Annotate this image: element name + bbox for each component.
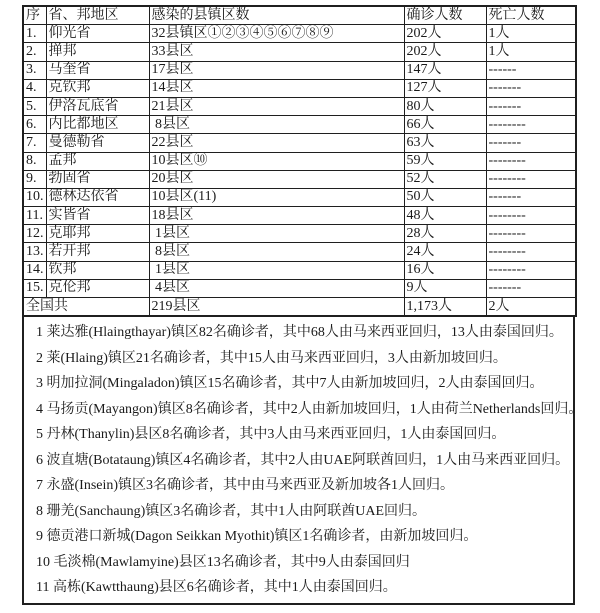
table-row: 6. 内比都地区 8县区 66人 -------- xyxy=(23,116,576,134)
note-line: 8 珊羌(Sanchaung)镇区3名确诊者，其中1人由阿联酋UAE回归。 xyxy=(24,499,573,525)
cell-confirmed: 202人 xyxy=(404,25,486,43)
cell-districts: 33县区 xyxy=(149,43,404,61)
cell-no: 8. xyxy=(23,152,46,170)
cell-region: 实皆省 xyxy=(46,207,149,225)
cell-deaths: -------- xyxy=(486,261,576,279)
total-deaths-cell: 2人 xyxy=(486,298,576,317)
cell-confirmed: 66人 xyxy=(404,116,486,134)
cell-districts: 1县区 xyxy=(149,225,404,243)
cell-region: 克伦邦 xyxy=(46,279,149,297)
cell-region: 德林达依省 xyxy=(46,188,149,206)
cell-districts: 4县区 xyxy=(149,279,404,297)
total-confirmed-cell: 1,173人 xyxy=(404,298,486,317)
cell-no: 4. xyxy=(23,79,46,97)
cell-confirmed: 127人 xyxy=(404,79,486,97)
table-row: 9. 勃固省 20县区 52人 -------- xyxy=(23,170,576,188)
cell-deaths: ------ xyxy=(486,61,576,79)
cell-region: 钦邦 xyxy=(46,261,149,279)
cell-deaths: -------- xyxy=(486,225,576,243)
cell-region: 马奎省 xyxy=(46,61,149,79)
cell-deaths: ------- xyxy=(486,79,576,97)
table-row: 12. 克耶邦 1县区 28人 -------- xyxy=(23,225,576,243)
cell-confirmed: 147人 xyxy=(404,61,486,79)
cell-region: 曼德勒省 xyxy=(46,134,149,152)
cell-region: 孟邦 xyxy=(46,152,149,170)
note-line: 7 永盛(Insein)镇区3名确诊者，其中由马来西亚及新加坡各1人回归。 xyxy=(24,473,573,499)
cell-region: 内比都地区 xyxy=(46,116,149,134)
cell-confirmed: 52人 xyxy=(404,170,486,188)
cell-no: 13. xyxy=(23,243,46,261)
total-row: 全国共 219县区 1,173人 2人 xyxy=(23,298,576,317)
table-row: 2. 掸邦 33县区 202人 1人 xyxy=(23,43,576,61)
cell-districts: 14县区 xyxy=(149,79,404,97)
col-header-no: 序 xyxy=(23,6,46,25)
cell-districts: 20县区 xyxy=(149,170,404,188)
table-row: 3. 马奎省 17县区 147人 ------ xyxy=(23,61,576,79)
cell-deaths: ------- xyxy=(486,279,576,297)
cell-deaths: ------- xyxy=(486,97,576,115)
cell-confirmed: 59人 xyxy=(404,152,486,170)
cell-no: 14. xyxy=(23,261,46,279)
cell-no: 5. xyxy=(23,97,46,115)
total-label-cell: 全国共 xyxy=(23,298,149,317)
cell-districts: 18县区 xyxy=(149,207,404,225)
cell-no: 6. xyxy=(23,116,46,134)
note-line: 4 马扬贡(Mayangon)镇区8名确诊者，其中2人由新加坡回归，1人由荷兰N… xyxy=(24,397,573,423)
col-header-deaths: 死亡人数 xyxy=(486,6,576,25)
note-line: 11 高栋(Kawtthaung)县区6名确诊者，其中1人由泰国回归。 xyxy=(24,575,573,601)
cell-region: 克钦邦 xyxy=(46,79,149,97)
cell-deaths: -------- xyxy=(486,243,576,261)
cell-confirmed: 63人 xyxy=(404,134,486,152)
cell-no: 1. xyxy=(23,25,46,43)
cell-districts: 8县区 xyxy=(149,116,404,134)
total-districts-cell: 219县区 xyxy=(149,298,404,317)
col-header-districts: 感染的县镇区数 xyxy=(149,6,404,25)
table-row: 14. 钦邦 1县区 16人 -------- xyxy=(23,261,576,279)
cell-districts: 22县区 xyxy=(149,134,404,152)
cell-confirmed: 16人 xyxy=(404,261,486,279)
cell-districts: 10县区(11) xyxy=(149,188,404,206)
cell-deaths: -------- xyxy=(486,170,576,188)
table-row: 10. 德林达依省 10县区(11) 50人 ------- xyxy=(23,188,576,206)
cell-no: 10. xyxy=(23,188,46,206)
note-line: 9 德贡港口新城(Dagon Seikkan Myothit)镇区1名确诊者，由… xyxy=(24,524,573,550)
note-line: 6 波直塘(Botataung)镇区4名确诊者，其中2人由UAE阿联酋回归，1人… xyxy=(24,448,573,474)
cell-no: 9. xyxy=(23,170,46,188)
table-row: 8. 孟邦 10县区⑩ 59人 -------- xyxy=(23,152,576,170)
cell-confirmed: 50人 xyxy=(404,188,486,206)
region-table: 序 省、邦地区 感染的县镇区数 确诊人数 死亡人数 1. 仰光省 32县镇区①②… xyxy=(22,5,577,317)
cell-region: 伊洛瓦底省 xyxy=(46,97,149,115)
cell-deaths: -------- xyxy=(486,207,576,225)
cell-districts: 17县区 xyxy=(149,61,404,79)
cell-confirmed: 202人 xyxy=(404,43,486,61)
cell-confirmed: 48人 xyxy=(404,207,486,225)
table-row: 15. 克伦邦 4县区 9人 ------- xyxy=(23,279,576,297)
cell-districts: 32县镇区①②③④⑤⑥⑦⑧⑨ xyxy=(149,25,404,43)
note-line: 1 莱达雅(Hlaingthayar)镇区82名确诊者，其中68人由马来西亚回归… xyxy=(24,320,573,346)
cell-no: 2. xyxy=(23,43,46,61)
col-header-region: 省、邦地区 xyxy=(46,6,149,25)
table-row: 13. 若开邦 8县区 24人 -------- xyxy=(23,243,576,261)
table-row: 11. 实皆省 18县区 48人 -------- xyxy=(23,207,576,225)
table-row: 7. 曼德勒省 22县区 63人 ------- xyxy=(23,134,576,152)
document-sheet: 序 省、邦地区 感染的县镇区数 确诊人数 死亡人数 1. 仰光省 32县镇区①②… xyxy=(0,0,600,605)
note-line: 5 丹林(Thanylin)县区8名确诊者，其中3人由马来西亚回归，1人由泰国回… xyxy=(24,422,573,448)
cell-region: 勃固省 xyxy=(46,170,149,188)
header-row: 序 省、邦地区 感染的县镇区数 确诊人数 死亡人数 xyxy=(23,6,576,25)
note-line: 3 明加拉洞(Mingaladon)镇区15名确诊者，其中7人由新加坡回归，2人… xyxy=(24,371,573,397)
cell-no: 11. xyxy=(23,207,46,225)
cell-districts: 21县区 xyxy=(149,97,404,115)
note-line: 2 莱(Hlaing)镇区21名确诊者，其中15人由马来西亚回归，3人由新加坡回… xyxy=(24,346,573,372)
footnotes-box: 1 莱达雅(Hlaingthayar)镇区82名确诊者，其中68人由马来西亚回归… xyxy=(22,315,575,605)
cell-deaths: ------- xyxy=(486,188,576,206)
cell-deaths: 1人 xyxy=(486,25,576,43)
cell-districts: 1县区 xyxy=(149,261,404,279)
note-line: 10 毛淡棉(Mawlamyine)县区13名确诊者，其中9人由泰国回归 xyxy=(24,550,573,576)
cell-deaths: -------- xyxy=(486,152,576,170)
cell-deaths: ------- xyxy=(486,134,576,152)
cell-no: 7. xyxy=(23,134,46,152)
cell-no: 12. xyxy=(23,225,46,243)
cell-region: 克耶邦 xyxy=(46,225,149,243)
cell-region: 仰光省 xyxy=(46,25,149,43)
cell-confirmed: 9人 xyxy=(404,279,486,297)
cell-deaths: -------- xyxy=(486,116,576,134)
cell-no: 15. xyxy=(23,279,46,297)
cell-districts: 10县区⑩ xyxy=(149,152,404,170)
cell-districts: 8县区 xyxy=(149,243,404,261)
cell-region: 若开邦 xyxy=(46,243,149,261)
table-row: 4. 克钦邦 14县区 127人 ------- xyxy=(23,79,576,97)
cell-confirmed: 24人 xyxy=(404,243,486,261)
cell-confirmed: 28人 xyxy=(404,225,486,243)
cell-confirmed: 80人 xyxy=(404,97,486,115)
cell-deaths: 1人 xyxy=(486,43,576,61)
cell-region: 掸邦 xyxy=(46,43,149,61)
col-header-confirmed: 确诊人数 xyxy=(404,6,486,25)
table-row: 5. 伊洛瓦底省 21县区 80人 ------- xyxy=(23,97,576,115)
cell-no: 3. xyxy=(23,61,46,79)
table-row: 1. 仰光省 32县镇区①②③④⑤⑥⑦⑧⑨ 202人 1人 xyxy=(23,25,576,43)
